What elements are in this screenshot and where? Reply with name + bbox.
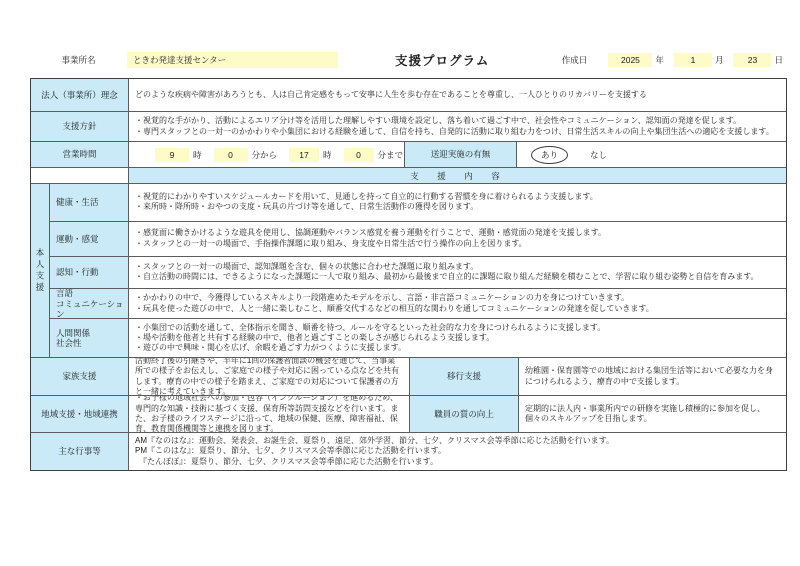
events-row: 主な行事等 AM『なのはな』：運動会、発表会、お誕生会、夏祭り、遠足、郊外学習、…	[31, 432, 786, 470]
personal-support-label: 本人支援	[34, 248, 46, 294]
personal-support-rows: 健康・生活 ・視覚的にわかりやすいスケジュールカードを用いて、見通しを持って自立…	[49, 184, 786, 357]
events-text: AM『なのはな』：運動会、発表会、お誕生会、夏祭り、遠足、郊外学習、節分、七夕、…	[128, 433, 786, 470]
category-motor-sense: 運動・感覚	[49, 222, 128, 256]
year-unit: 年	[655, 54, 664, 66]
category-relationships-social: 人間関係社会性	[49, 319, 128, 357]
pickup-label: 送迎実施の有無	[404, 142, 516, 167]
start-hour-unit: 時	[193, 149, 202, 161]
category-health-life-text: ・視覚的にわかりやすいスケジュールカードを用いて、見通しを持って自立的に行動する…	[128, 184, 786, 221]
philosophy-text: どのような疾病や障害があろうとも、人は自己肯定感をもって安寧に人生を歩む存在であ…	[128, 79, 786, 111]
end-hour-unit: 時	[323, 149, 332, 161]
community-support-text: ・お子様の地域社会への参加・包容（インクルージョン）を進めるため、専門的な知識・…	[128, 396, 409, 432]
support-content-spacer	[31, 168, 128, 183]
policy-text: ・視覚的な手がかり、活動によるエリア分け等を活用した理解しやすい環境を設定し、落…	[128, 112, 786, 141]
table-row: 認知・行動 ・スタッフとの一対一の場面で、認知課題を含む、個々の状態に合わせた課…	[49, 256, 786, 289]
start-min-value: 0	[214, 148, 248, 162]
table-row: 人間関係社会性 ・小集団での活動を通して、全体指示を聞き、順番を待つ、ルールを守…	[49, 318, 786, 357]
support-content-header: 支 援 内 容	[128, 168, 786, 183]
created-date-label: 作成日	[546, 54, 602, 66]
philosophy-row: 法人（事業所）理念 どのような疾病や障害があろうとも、人は自己肯定感をもって安寧…	[31, 79, 786, 111]
events-label: 主な行事等	[31, 433, 128, 470]
transition-support-text: 幼稚園・保育園等での地域における集団生活等において必要な力を身につけられるよう、…	[518, 358, 786, 395]
pickup-yes-option-circled: あり	[531, 146, 568, 164]
table-row: 言語コミュニケーション ・かかわりの中で、今獲得しているスキルより一段階進めたモ…	[49, 288, 786, 318]
category-relationships-social-text: ・小集団での活動を通して、全体指示を聞き、順番を待つ、ルールを守るといった社会的…	[128, 319, 786, 357]
month-unit: 月	[715, 54, 724, 66]
created-month-value: 1	[674, 53, 712, 67]
family-support-text: 活動終了後の引継ぎや、半年に1回の保護者面談の機会を通じて、当事業所での様子をお…	[128, 358, 409, 395]
table-row: 運動・感覚 ・感覚面に働きかけるような遊具を使用し、協調運動やバランス感覚を養う…	[49, 221, 786, 256]
philosophy-label: 法人（事業所）理念	[31, 79, 128, 111]
office-name-value: ときわ発達支援センター	[127, 52, 338, 68]
end-min-unit: 分まで	[378, 149, 404, 161]
staff-quality-label: 職員の質の向上	[409, 396, 518, 432]
hours-label: 営業時間	[31, 142, 128, 167]
community-support-row: 地域支援・地域連携 ・お子様の地域社会への参加・包容（インクルージョン）を進める…	[31, 395, 786, 432]
personal-support-label-cell: 本人支援	[31, 184, 49, 357]
end-min-value: 0	[344, 148, 374, 162]
pickup-no-option: なし	[590, 149, 607, 161]
document-page: 事業所名 ときわ発達支援センター 支援プログラム 作成日 2025 年 1 月 …	[0, 0, 800, 566]
category-motor-sense-text: ・感覚面に働きかけるような遊具を使用し、協調運動やバランス感覚を養う運動を行うこ…	[128, 222, 786, 256]
start-min-unit: 分から	[252, 149, 278, 161]
personal-support-section: 本人支援 健康・生活 ・視覚的にわかりやすいスケジュールカードを用いて、見通しを…	[31, 183, 786, 357]
category-cognition-behavior-text: ・スタッフとの一対一の場面で、認知課題を含む、個々の状態に合わせた課題に取り組み…	[128, 257, 786, 289]
policy-row: 支援方針 ・視覚的な手がかり、活動によるエリア分け等を活用した理解しやすい環境を…	[31, 111, 786, 141]
table-row: 健康・生活 ・視覚的にわかりやすいスケジュールカードを用いて、見通しを持って自立…	[49, 184, 786, 221]
category-language-communication: 言語コミュニケーション	[49, 289, 128, 318]
pickup-options: あり なし	[516, 142, 786, 167]
day-unit: 日	[774, 54, 783, 66]
end-hour-value: 17	[289, 148, 319, 162]
support-content-header-row: 支 援 内 容	[31, 167, 786, 183]
staff-quality-text: 定期的に法人内・事業所内での研修を実施し積極的に参加を促し、個々のスキルアップを…	[518, 396, 786, 432]
hours-row: 営業時間 9 時 0 分から 17 時 0 分まで 送迎実施の有無 あり なし	[31, 141, 786, 167]
category-cognition-behavior: 認知・行動	[49, 257, 128, 289]
category-health-life: 健康・生活	[49, 184, 128, 221]
category-language-communication-text: ・かかわりの中で、今獲得しているスキルより一段階進めたモデルを示し、言語・非言語…	[128, 289, 786, 318]
transition-support-label: 移行支援	[409, 358, 518, 395]
community-support-label: 地域支援・地域連携	[31, 396, 128, 432]
created-year-value: 2025	[608, 53, 652, 67]
document-header: 事業所名 ときわ発達支援センター 支援プログラム 作成日 2025 年 1 月 …	[30, 50, 787, 70]
start-hour-value: 9	[155, 148, 189, 162]
page-title: 支援プログラム	[338, 51, 546, 69]
created-day-value: 23	[733, 53, 771, 67]
office-name-label: 事業所名	[30, 54, 127, 66]
support-program-table: 法人（事業所）理念 どのような疾病や障害があろうとも、人は自己肯定感をもって安寧…	[30, 78, 787, 471]
hours-values: 9 時 0 分から 17 時 0 分まで	[128, 142, 404, 167]
policy-label: 支援方針	[31, 112, 128, 141]
family-support-row: 家族支援 活動終了後の引継ぎや、半年に1回の保護者面談の機会を通じて、当事業所で…	[31, 357, 786, 395]
family-support-label: 家族支援	[31, 358, 128, 395]
